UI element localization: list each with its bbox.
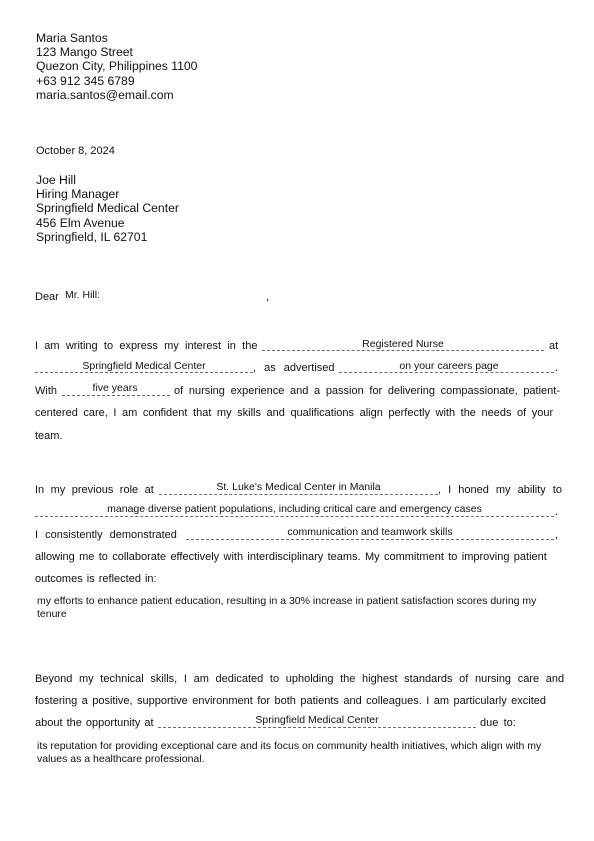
recipient-title: Hiring Manager bbox=[36, 187, 179, 201]
ability-field[interactable]: manage diverse patient populations, incl… bbox=[35, 503, 554, 515]
p1-line1-end: at bbox=[549, 340, 558, 352]
letter-date: October 8, 2024 bbox=[36, 145, 115, 157]
p3-line3-start: about the opportunity at bbox=[35, 717, 154, 729]
p2-line2-end: . bbox=[555, 506, 558, 518]
source-field[interactable]: on your careers page bbox=[289, 360, 594, 372]
recipient-address: Joe Hill Hiring Manager Springfield Medi… bbox=[36, 173, 179, 244]
company2-field[interactable]: Springfield Medical Center bbox=[158, 714, 476, 726]
position-field[interactable]: Registered Nurse bbox=[262, 338, 544, 350]
p2-line1-start: In my previous role at bbox=[35, 484, 154, 496]
p2-line3-end: , bbox=[555, 529, 558, 541]
p2-line1-end: , I honed my ability to bbox=[438, 484, 562, 496]
p1-line1-text: I am writing to express my interest in t… bbox=[35, 340, 257, 352]
sender-email: maria.santos@email.com bbox=[36, 88, 197, 102]
p3-line2: fostering a positive, supportive environ… bbox=[35, 695, 546, 707]
p3-line3-end: due to: bbox=[480, 717, 516, 729]
sender-name: Maria Santos bbox=[36, 31, 197, 45]
sender-street: 123 Mango Street bbox=[36, 45, 197, 59]
p1-line3-start: With bbox=[35, 385, 57, 397]
p1-line5: team. bbox=[35, 430, 63, 442]
previous-employer-field[interactable]: St. Luke's Medical Center in Manila bbox=[159, 481, 438, 493]
salutation-prefix: Dear bbox=[35, 291, 59, 303]
salutation-comma: , bbox=[266, 291, 269, 303]
p1-line4: centered care, I am confident that my sk… bbox=[35, 407, 553, 419]
salutation-name-field[interactable]: Mr. Hill: bbox=[65, 289, 100, 301]
reason-field[interactable]: its reputation for providing exceptional… bbox=[37, 740, 562, 765]
p3-line1: Beyond my technical skills, I am dedicat… bbox=[35, 673, 564, 685]
p1-line3-end: of nursing experience and a passion for … bbox=[174, 385, 560, 397]
p2-line5: outcomes is reflected in: bbox=[35, 573, 157, 585]
recipient-city: Springfield, IL 62701 bbox=[36, 230, 179, 244]
p2-line4: allowing me to collaborate effectively w… bbox=[35, 551, 547, 563]
p1-line2-end: . bbox=[555, 362, 558, 374]
sender-city: Quezon City, Philippines 1100 bbox=[36, 59, 197, 73]
experience-field[interactable]: five years bbox=[62, 382, 168, 394]
recipient-name: Joe Hill bbox=[36, 173, 179, 187]
achievement-field[interactable]: my efforts to enhance patient education,… bbox=[37, 595, 562, 620]
company-field[interactable]: Springfield Medical Center bbox=[35, 360, 253, 372]
skills-field[interactable]: communication and teamwork skills bbox=[186, 526, 554, 538]
sender-phone: +63 912 345 6789 bbox=[36, 74, 197, 88]
recipient-organization: Springfield Medical Center bbox=[36, 201, 179, 215]
sender-address: Maria Santos 123 Mango Street Quezon Cit… bbox=[36, 31, 197, 102]
p2-line3-start: I consistently demonstrated bbox=[35, 529, 177, 541]
recipient-street: 456 Elm Avenue bbox=[36, 216, 179, 230]
